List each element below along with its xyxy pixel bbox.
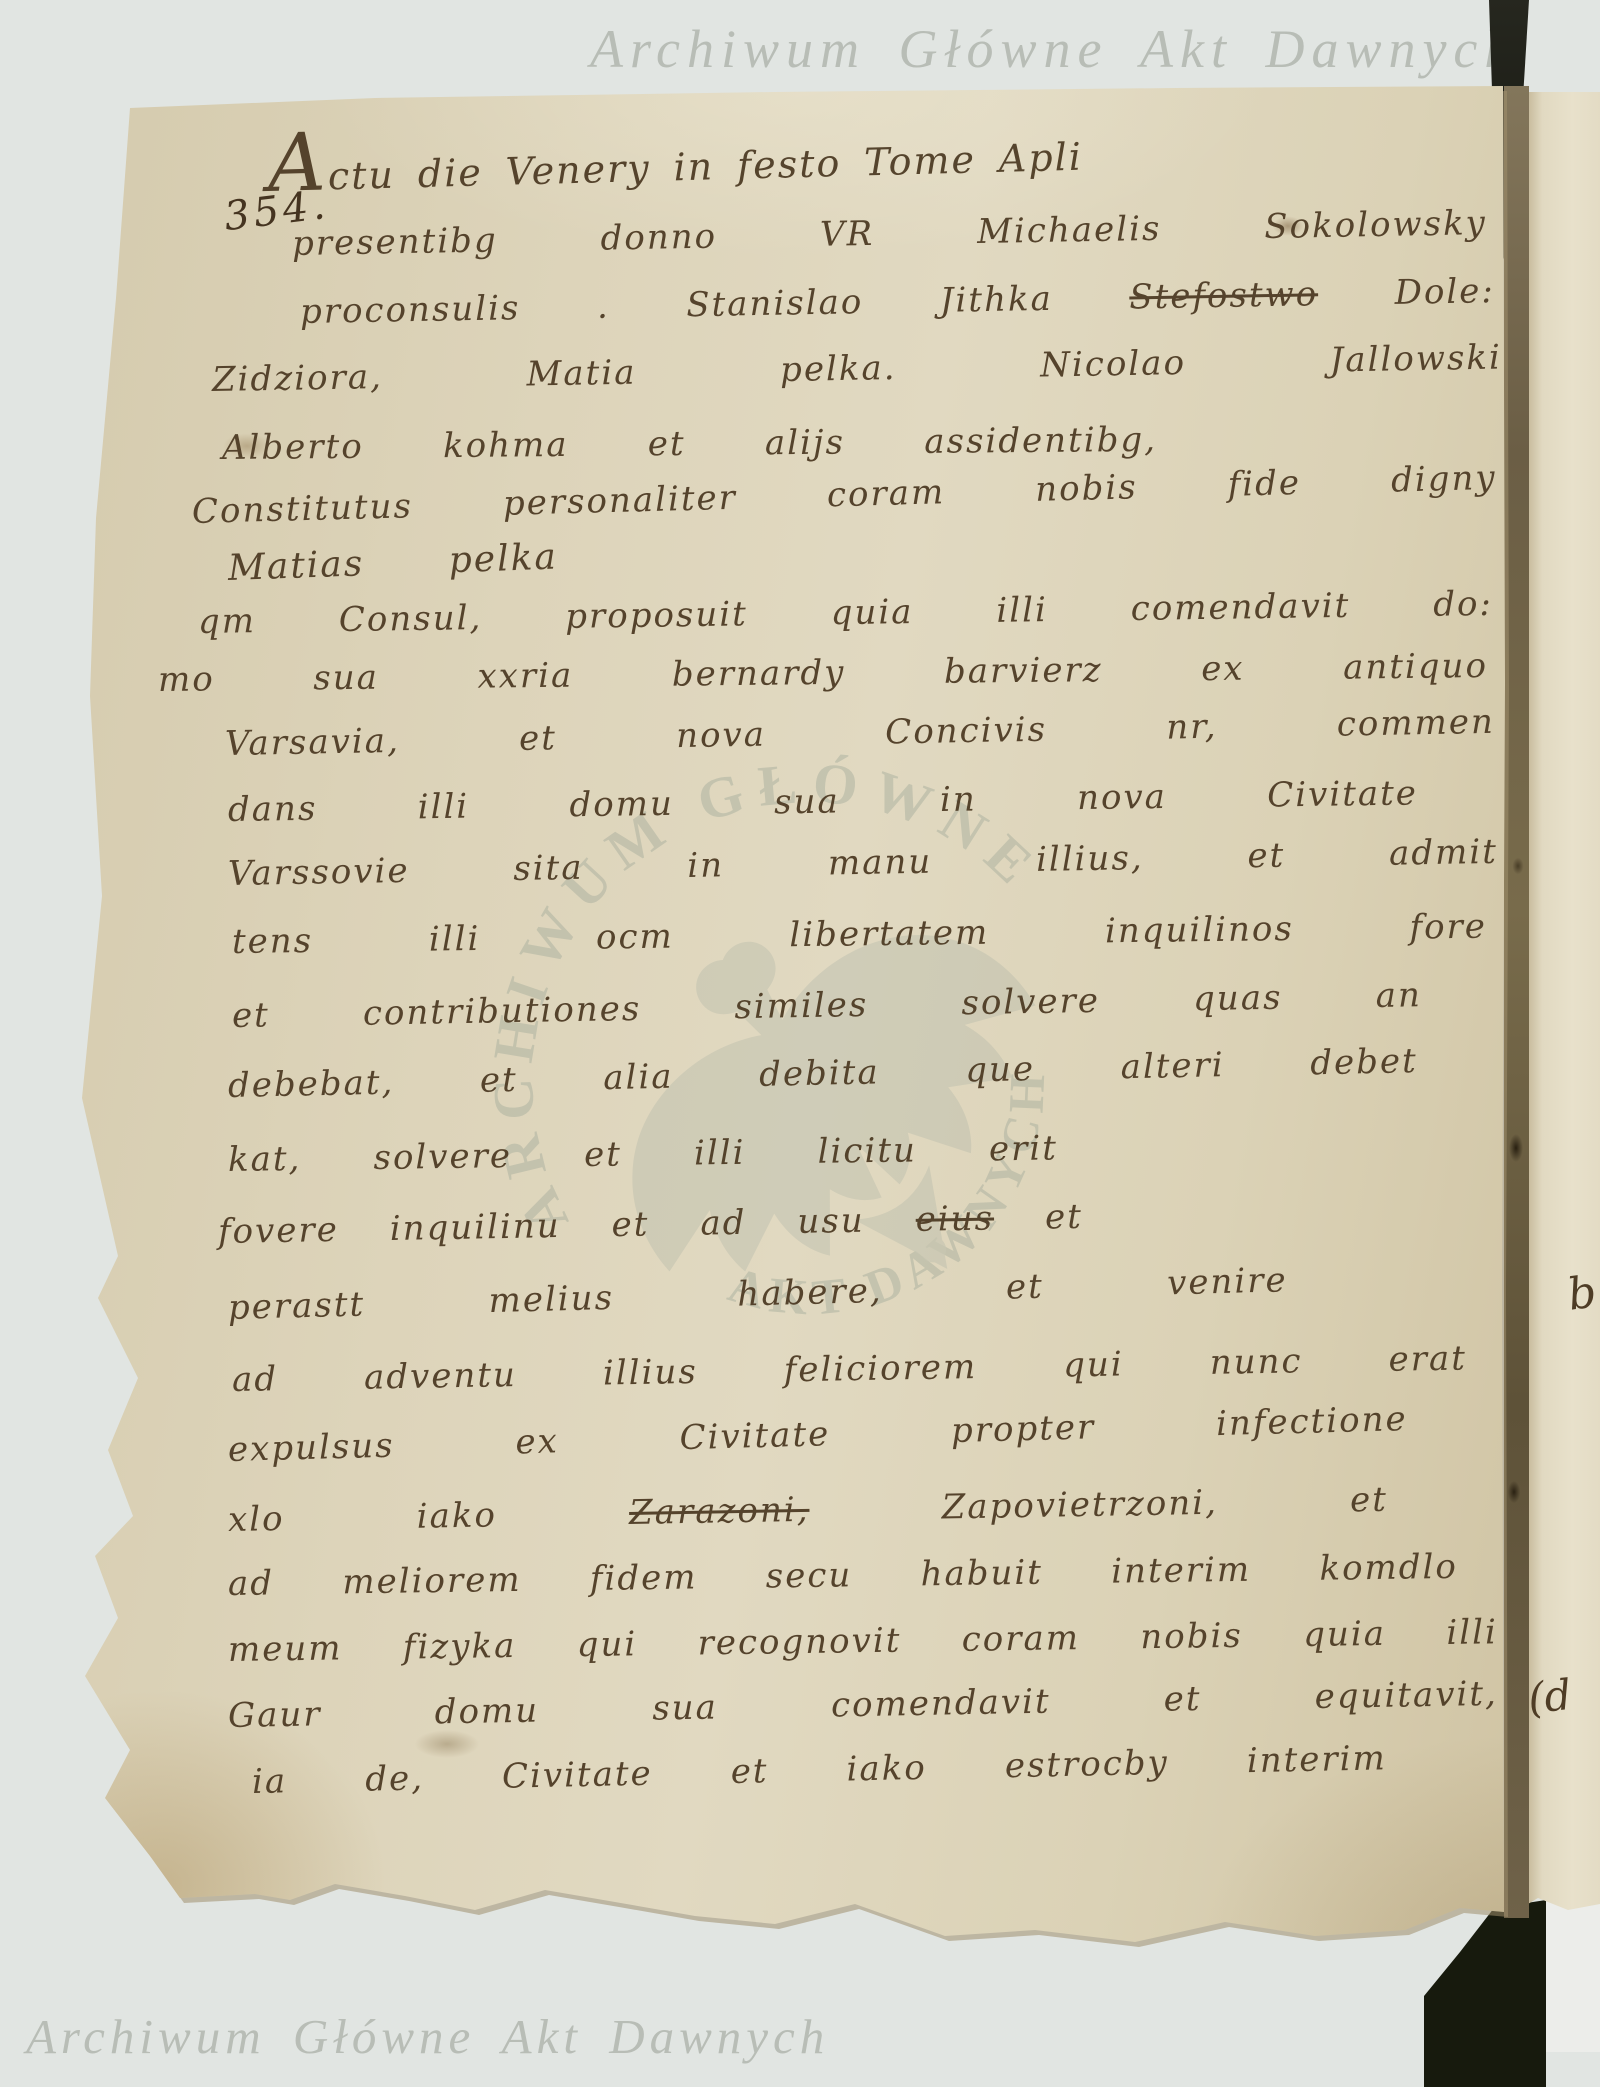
struck-word: Zarazoni, [629, 1490, 810, 1533]
line-21-post: Zapovietrzoni, et [941, 1480, 1388, 1528]
watermark-bottom: Archiwum Główne Akt Dawnych [26, 2008, 829, 2065]
ink-fragment: (d [1526, 1670, 1574, 1723]
struck-word: eius [915, 1198, 994, 1239]
watermark-top: Archiwum Główne Akt Dawnych [590, 18, 1518, 80]
manuscript-line-5: Alberto kohma et alijs assidentibg, [222, 420, 1157, 468]
line-17-post: et [1045, 1197, 1083, 1238]
struck-word: Stefostwo [1129, 274, 1318, 317]
line-3-post: Dole: [1394, 271, 1495, 313]
facing-page [1528, 92, 1600, 1910]
cradle-highlight [1546, 1902, 1600, 2052]
line-21-pre: xlo iako [228, 1495, 498, 1540]
